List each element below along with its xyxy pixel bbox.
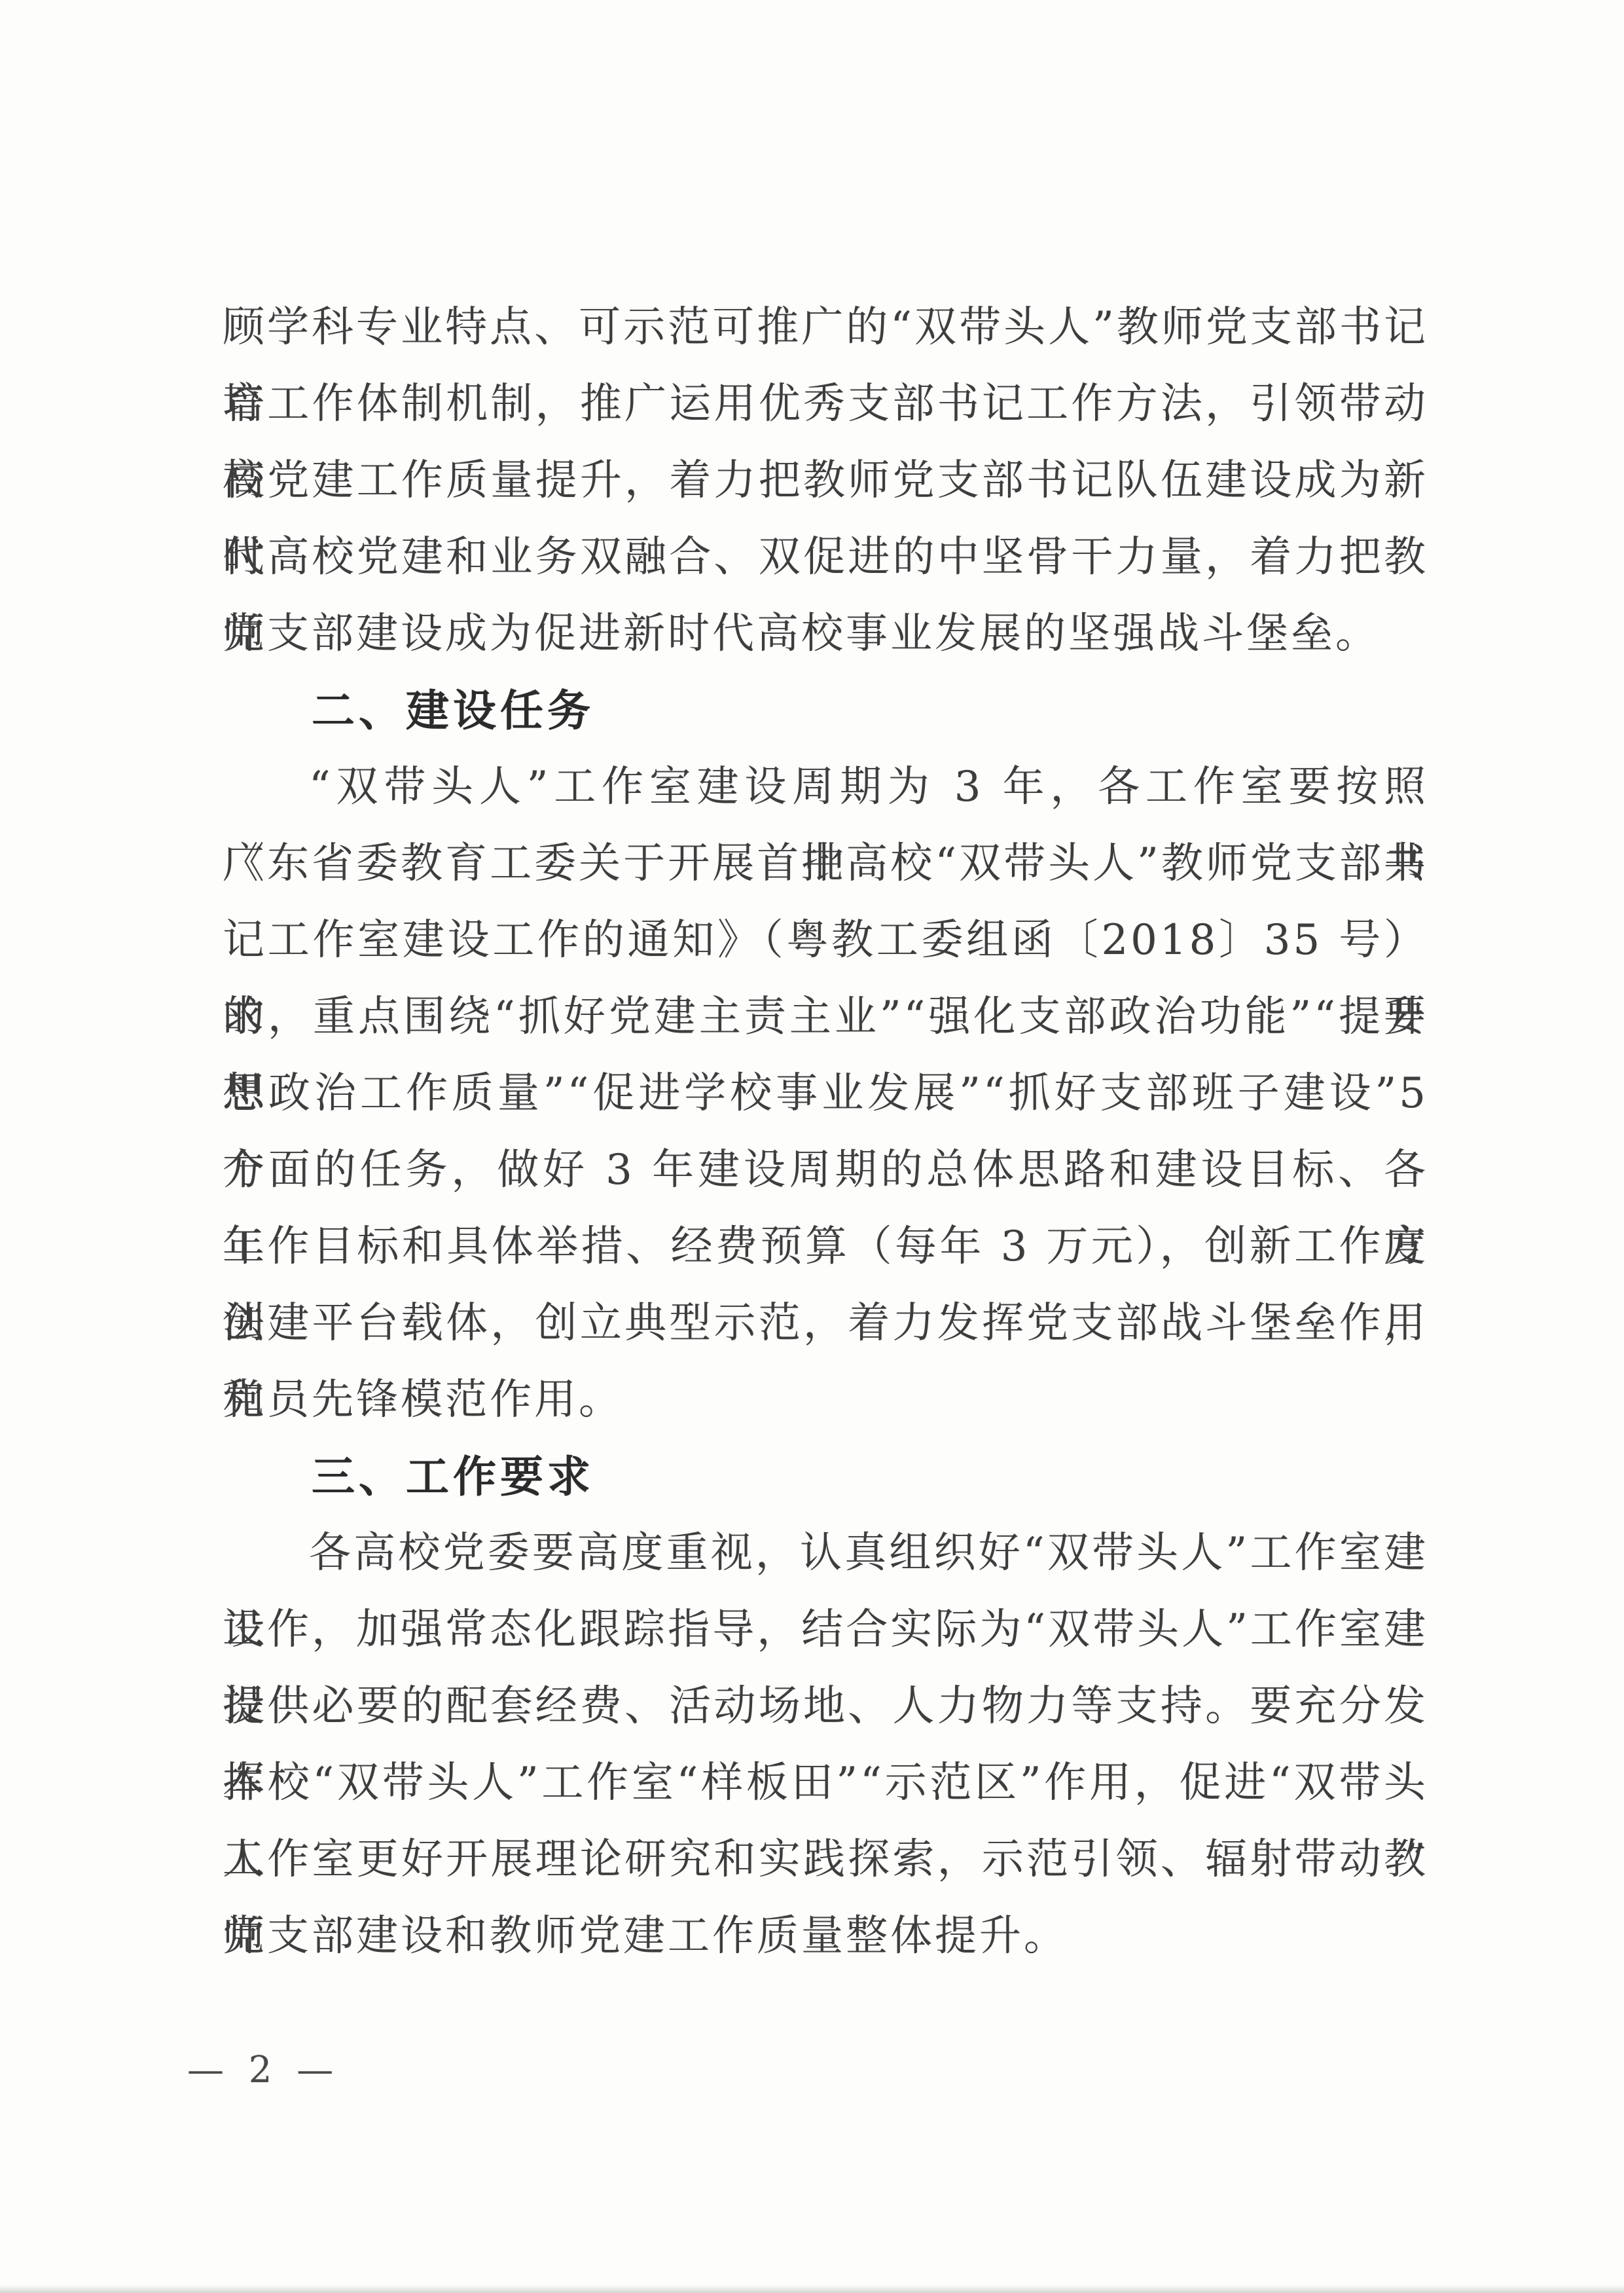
text-line: 创建平台载体，创立典型示范，着力发挥党支部战斗堡垒作用和 bbox=[223, 1285, 1428, 1362]
text-line: 本校“双带头人”工作室“样板田”“示范区”作用，促进“双带头人” bbox=[223, 1745, 1428, 1822]
text-line: 党支部建设成为促进新时代高校事业发展的坚强战斗堡垒。 bbox=[223, 596, 1428, 672]
paragraph-section3: 各高校党委要高度重视，认真组织好“双带头人”工作室建设 工作，加强常态化跟踪指导… bbox=[223, 1515, 1428, 1975]
text-line: 代高校党建和业务双融合、双促进的中坚骨干力量，着力把教师 bbox=[223, 519, 1428, 596]
paragraph-section2: “双带头人”工作室建设周期为 3 年，各工作室要按照《中共 广东省委教育工委关于… bbox=[223, 749, 1428, 1439]
text-line: 育工作体制机制，推广运用优秀支部书记工作方法，引领带动高 bbox=[223, 366, 1428, 443]
text-line: 顾学科专业特点、可示范可推广的“双带头人”教师党支部书记培 bbox=[223, 289, 1428, 366]
section-2-heading: 二、建设任务 bbox=[223, 672, 1428, 749]
text-line: 求，重点围绕“抓好党建主责主业”“强化支部政治功能”“提升思 bbox=[223, 979, 1428, 1055]
text-line: 各高校党委要高度重视，认真组织好“双带头人”工作室建设 bbox=[223, 1515, 1428, 1592]
page-number: — 2 — bbox=[187, 2044, 340, 2097]
text-line: “双带头人”工作室建设周期为 3 年，各工作室要按照《中共 bbox=[223, 749, 1428, 826]
text-line: 校党建工作质量提升，着力把教师党支部书记队伍建设成为新时 bbox=[223, 443, 1428, 519]
text-line: 工作，加强常态化跟踪指导，结合实际为“双带头人”工作室建设 bbox=[223, 1592, 1428, 1668]
text-line: 党支部建设和教师党建工作质量整体提升。 bbox=[223, 1898, 1428, 1975]
text-line: 提供必要的配套经费、活动场地、人力物力等支持。要充分发挥 bbox=[223, 1668, 1428, 1745]
section-3-heading: 三、工作要求 bbox=[223, 1439, 1428, 1515]
text-line: 工作室更好开展理论研究和实践探索，示范引领、辐射带动教师 bbox=[223, 1822, 1428, 1898]
text-line: 广东省委教育工委关于开展首批高校“双带头人”教师党支部书 bbox=[223, 826, 1428, 902]
document-body: 顾学科专业特点、可示范可推广的“双带头人”教师党支部书记培 育工作体制机制，推广… bbox=[223, 289, 1428, 1975]
text-line: 想政治工作质量”“促进学校事业发展”“抓好支部班子建设”5 个 bbox=[223, 1055, 1428, 1132]
text-line: 方面的任务，做好 3 年建设周期的总体思路和建设目标、各年度 bbox=[223, 1132, 1428, 1209]
document-page: 顾学科专业特点、可示范可推广的“双带头人”教师党支部书记培 育工作体制机制，推广… bbox=[0, 0, 1624, 2293]
text-line: 工作目标和具体举措、经费预算（每年 3 万元），创新工作方法， bbox=[223, 1209, 1428, 1285]
scan-edge-artifact bbox=[0, 2285, 1624, 2293]
paragraph-continuation: 顾学科专业特点、可示范可推广的“双带头人”教师党支部书记培 育工作体制机制，推广… bbox=[223, 289, 1428, 672]
text-line: 记工作室建设工作的通知》（粤教工委组函〔2018〕35 号）的要 bbox=[223, 902, 1428, 979]
text-line: 党员先锋模范作用。 bbox=[223, 1362, 1428, 1439]
